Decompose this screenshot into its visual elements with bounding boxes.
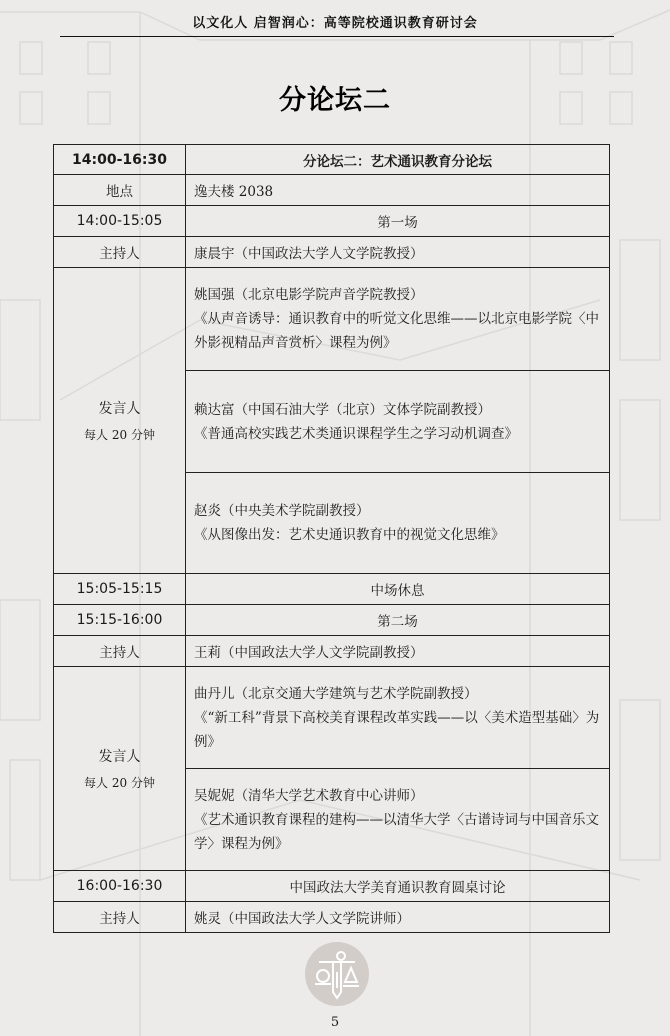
session1-title: 第一场 [186,206,610,237]
page-title: 分论坛二 [0,78,670,117]
talk-title: 《艺术通识教育课程的建构——以清华大学〈古谱诗词与中国音乐文学〉课程为例》 [194,808,601,856]
schedule-table: 14:00-16:30 分论坛二：艺术通识教育分论坛 地点 逸夫楼 2038 1… [53,144,610,933]
table-row-break: 15:05-15:15 中场休息 [54,574,610,605]
speaker-name: 赵炎（中央美术学院副教授） [194,499,601,523]
speakers-time-note: 每人 20 分钟 [54,426,185,443]
host-value: 王莉（中国政法大学人文学院副教授） [186,636,610,667]
table-row-host: 主持人 姚灵（中国政法大学人文学院讲师） [54,902,610,933]
talk-title: 《“新工科”背景下高校美育课程改革实践——以〈美术造型基础〉为例》 [194,706,601,754]
venue-label: 地点 [54,175,186,206]
roundtable-time: 16:00-16:30 [54,871,186,902]
speaker-name: 吴妮妮（清华大学艺术教育中心讲师） [194,784,601,808]
scales-logo-icon [305,942,369,1006]
page-number: 5 [0,1015,670,1030]
speakers-time-note: 每人 20 分钟 [54,774,185,791]
scales-logo-glyph [305,942,369,1006]
speaker-entry: 曲丹儿（北京交通大学建筑与艺术学院副教授） 《“新工科”背景下高校美育课程改革实… [186,667,610,769]
talk-title: 《从图像出发：艺术史通识教育中的视觉文化思维》 [194,523,601,547]
speaker-entry: 赵炎（中央美术学院副教授） 《从图像出发：艺术史通识教育中的视觉文化思维》 [186,473,610,574]
speakers-label: 发言人 [54,746,185,766]
speaker-name: 曲丹儿（北京交通大学建筑与艺术学院副教授） [194,682,601,706]
talk-title: 《从声音诱导：通识教育中的听觉文化思维——以北京电影学院〈中外影视精品声音赏析〉… [194,307,601,355]
session1-time: 14:00-15:05 [54,206,186,237]
table-row-roundtable: 16:00-16:30 中国政法大学美育通识教育圆桌讨论 [54,871,610,902]
table-row-speaker: 发言人 每人 20 分钟 曲丹儿（北京交通大学建筑与艺术学院副教授） 《“新工科… [54,667,610,769]
table-row-session1: 14:00-15:05 第一场 [54,206,610,237]
forum-title: 分论坛二：艺术通识教育分论坛 [186,145,610,175]
table-row-speaker: 发言人 每人 20 分钟 姚国强（北京电影学院声音学院教授） 《从声音诱导：通识… [54,268,610,371]
forum-time: 14:00-16:30 [54,145,186,175]
talk-title: 《普通高校实践艺术类通识课程学生之学习动机调查》 [194,422,601,446]
running-header: 以文化人 启智润心：高等院校通识教育研讨会 [0,12,670,31]
host-label: 主持人 [54,902,186,933]
header-divider [60,36,614,37]
session2-title: 第二场 [186,605,610,636]
host-value: 康晨宇（中国政法大学人文学院教授） [186,237,610,268]
speakers-label: 发言人 [54,398,185,418]
roundtable-title: 中国政法大学美育通识教育圆桌讨论 [186,871,610,902]
host-label: 主持人 [54,237,186,268]
table-row-host: 主持人 王莉（中国政法大学人文学院副教授） [54,636,610,667]
speaker-entry: 吴妮妮（清华大学艺术教育中心讲师） 《艺术通识教育课程的建构——以清华大学〈古谱… [186,769,610,871]
speakers-label-cell: 发言人 每人 20 分钟 [54,268,186,574]
speaker-name: 赖达富（中国石油大学（北京）文体学院副教授） [194,398,601,422]
venue-value: 逸夫楼 2038 [186,175,610,206]
speakers-label-cell: 发言人 每人 20 分钟 [54,667,186,871]
break-title: 中场休息 [186,574,610,605]
speaker-entry: 姚国强（北京电影学院声音学院教授） 《从声音诱导：通识教育中的听觉文化思维——以… [186,268,610,371]
session2-time: 15:15-16:00 [54,605,186,636]
break-time: 15:05-15:15 [54,574,186,605]
speaker-entry: 赖达富（中国石油大学（北京）文体学院副教授） 《普通高校实践艺术类通识课程学生之… [186,371,610,473]
table-row-session2: 15:15-16:00 第二场 [54,605,610,636]
table-row-forum: 14:00-16:30 分论坛二：艺术通识教育分论坛 [54,145,610,175]
table-row-host: 主持人 康晨宇（中国政法大学人文学院教授） [54,237,610,268]
host-value: 姚灵（中国政法大学人文学院讲师） [186,902,610,933]
speaker-name: 姚国强（北京电影学院声音学院教授） [194,283,601,307]
table-row-venue: 地点 逸夫楼 2038 [54,175,610,206]
host-label: 主持人 [54,636,186,667]
